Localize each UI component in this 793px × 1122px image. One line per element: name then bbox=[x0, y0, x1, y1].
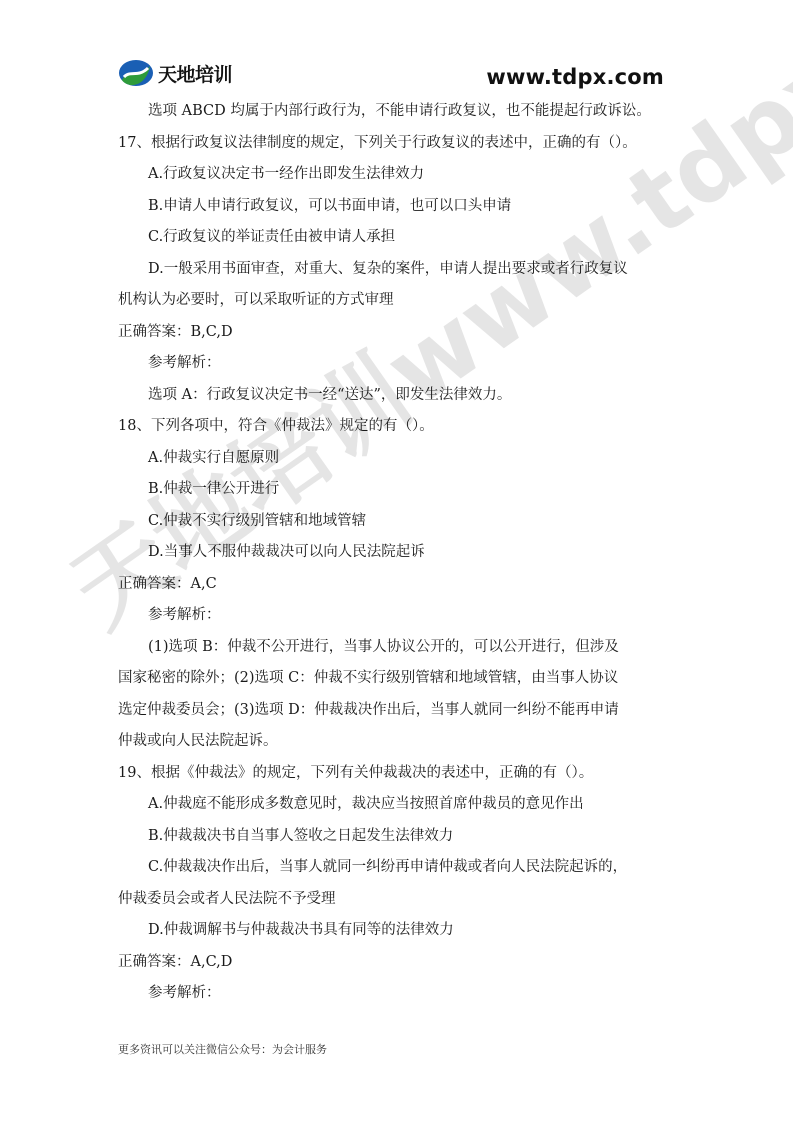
question-17: 17、根据行政复议法律制度的规定，下列关于行政复议的表述中，正确的有（）。 bbox=[118, 128, 678, 160]
question-18: 18、下列各项中，符合《仲裁法》规定的有（）。 bbox=[118, 411, 678, 443]
q19-option-a: A.仲裁庭不能形成多数意见时，裁决应当按照首席仲裁员的意见作出 bbox=[118, 789, 678, 821]
q17-option-d-cont: 机构认为必要时，可以采取听证的方式审理 bbox=[118, 285, 678, 317]
q18-option-a: A.仲裁实行自愿原则 bbox=[118, 443, 678, 475]
q17-analysis-label: 参考解析： bbox=[118, 348, 678, 380]
q18-option-d: D.当事人不服仲裁裁决可以向人民法院起诉 bbox=[118, 537, 678, 569]
q17-option-b: B.申请人申请行政复议，可以书面申请，也可以口头申请 bbox=[118, 191, 678, 223]
q19-analysis-label: 参考解析： bbox=[118, 978, 678, 1010]
q18-analysis-cont: 国家秘密的除外；(2)选项 C：仲裁不实行级别管辖和地域管辖，由当事人协议 bbox=[118, 663, 678, 695]
q19-option-b: B.仲裁裁决书自当事人签收之日起发生法律效力 bbox=[118, 821, 678, 853]
page-footer: 更多资讯可以关注微信公众号：为会计服务 bbox=[118, 1041, 327, 1057]
q17-analysis: 选项 A：行政复议决定书一经“送达”，即发生法律效力。 bbox=[118, 380, 678, 412]
q17-option-d: D.一般采用书面审查，对重大、复杂的案件，申请人提出要求或者行政复议 bbox=[118, 254, 678, 286]
q18-analysis-label: 参考解析： bbox=[118, 600, 678, 632]
q18-answer: 正确答案：A,C bbox=[118, 569, 678, 601]
q18-option-b: B.仲裁一律公开进行 bbox=[118, 474, 678, 506]
q19-option-d: D.仲裁调解书与仲裁裁决书具有同等的法律效力 bbox=[118, 915, 678, 947]
q19-option-c-cont: 仲裁委员会或者人民法院不予受理 bbox=[118, 884, 678, 916]
logo-text: 天地培训 bbox=[158, 60, 232, 87]
q17-option-c: C.行政复议的举证责任由被申请人承担 bbox=[118, 222, 678, 254]
q19-answer: 正确答案：A,C,D bbox=[118, 947, 678, 979]
q17-answer: 正确答案：B,C,D bbox=[118, 317, 678, 349]
q19-option-c: C.仲裁裁决作出后，当事人就同一纠纷再申请仲裁或者向人民法院起诉的， bbox=[118, 852, 678, 884]
logo: 天地培训 bbox=[118, 58, 232, 88]
site-url: www.tdpx.com bbox=[486, 65, 664, 89]
document-body: 选项 ABCD 均属于内部行政行为，不能申请行政复议，也不能提起行政诉讼。 17… bbox=[118, 96, 678, 1010]
page-header: 天地培训 www.tdpx.com bbox=[118, 56, 668, 96]
q18-analysis-cont: 仲裁或向人民法院起诉。 bbox=[118, 726, 678, 758]
logo-swoosh-icon bbox=[118, 58, 154, 88]
text-line: 选项 ABCD 均属于内部行政行为，不能申请行政复议，也不能提起行政诉讼。 bbox=[118, 96, 678, 128]
q17-option-a: A.行政复议决定书一经作出即发生法律效力 bbox=[118, 159, 678, 191]
q18-analysis: (1)选项 B：仲裁不公开进行，当事人协议公开的，可以公开进行，但涉及 bbox=[118, 632, 678, 664]
q18-analysis-cont: 选定仲裁委员会；(3)选项 D：仲裁裁决作出后，当事人就同一纠纷不能再申请 bbox=[118, 695, 678, 727]
q18-option-c: C.仲裁不实行级别管辖和地域管辖 bbox=[118, 506, 678, 538]
question-19: 19、根据《仲裁法》的规定，下列有关仲裁裁决的表述中，正确的有（）。 bbox=[118, 758, 678, 790]
